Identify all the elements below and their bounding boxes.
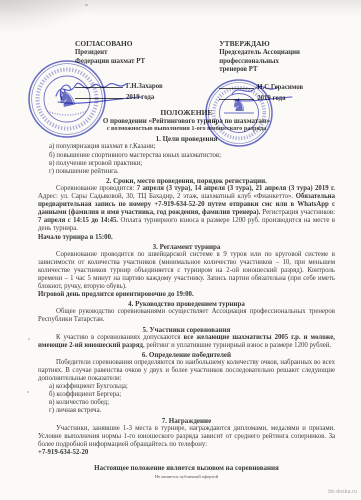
text-run: Соревнование проводится по швейцарской с… — [38, 251, 335, 290]
paragraph: Участники, занявшие 1-3 места в турнире,… — [38, 425, 335, 449]
section-heading: 2. Сроки, место проведения, порядок реги… — [38, 177, 335, 185]
section: 5. Участники соревнованияК участию в сор… — [38, 326, 335, 350]
scanned-document-page: СОГЛАСОВАНО Президент Федерации шахмат Р… — [0, 0, 361, 500]
paragraph: в) получение игровой практики; — [49, 160, 335, 168]
text-run: г) личная встреча. — [49, 407, 101, 414]
text-run: Игровой день продлится ориентировочно до… — [38, 291, 194, 298]
paragraph: б) повышение спортивного мастерства юных… — [49, 152, 335, 160]
paragraph: Начало турнира в 15:00. — [38, 234, 335, 242]
paragraph: Победители соревнования определяются по … — [38, 359, 335, 383]
text-run: Начало турнира в 15:00. — [38, 234, 113, 241]
text-run: Общее руководство соревнованиями осущест… — [38, 308, 335, 323]
section: 7. НаграждениеУчастники, занявшие 1-3 ме… — [38, 417, 335, 457]
watermark-text: bb-doska.ru — [328, 489, 357, 495]
document-footer: Настоящее положение является вызовом на … — [38, 464, 335, 481]
paragraph: г) повышение рейтинга. — [49, 168, 335, 176]
text-run: а) коэффициент Бухгольца; — [49, 383, 128, 390]
paragraph: К участию в соревнованиях допускаются вс… — [38, 334, 335, 350]
text-run: Соревнование проводится: — [56, 185, 137, 192]
signature-left — [48, 74, 148, 108]
text-run: К участию в соревнованиях допускаются — [56, 334, 184, 341]
text-run: г) повышение рейтинга. — [49, 168, 119, 175]
section: 4. Руководство проведением турнираОбщее … — [38, 300, 335, 324]
approved-line: Председатель Ассоциации — [219, 49, 335, 58]
section: 6. Определение победителейПобедители сор… — [38, 351, 335, 416]
text-run: б) повышение спортивного мастерства юных… — [49, 152, 221, 159]
section-heading: 4. Руководство проведением турнира — [38, 300, 335, 308]
section-heading: 5. Участники соревнования — [38, 326, 335, 334]
section: 1. Цели проведенияа) популяризация шахма… — [38, 135, 335, 175]
paragraph: +7-919-634-52-20 — [38, 449, 335, 457]
paragraph: Соревнование проводится: 7 апреля (3 тур… — [38, 185, 335, 234]
text-run: , рейтинг и уплатившие турнирный взнос в… — [143, 342, 331, 349]
signature-right — [228, 80, 300, 106]
text-run: 7 апреля с 14:15 до 14:45. — [38, 217, 118, 224]
text-run: в) получение игровой практики; — [49, 160, 142, 167]
document-sections: 1. Цели проведенияа) популяризация шахма… — [38, 135, 335, 457]
text-run: в) количество побед; — [49, 399, 109, 406]
approved-label: УТВЕРЖДАЮ — [219, 40, 335, 49]
agreed-label: СОГЛАСОВАНО — [75, 40, 219, 49]
footer-disclaimer: Не является публичной офертой — [38, 473, 335, 481]
paragraph: а) коэффициент Бухгольца; — [49, 383, 335, 391]
agreed-line: Президент — [75, 49, 219, 58]
paragraph: а) популяризация шахмат в г.Казани; — [49, 143, 335, 151]
section: 3. Регламент турнираСоревнование проводи… — [38, 243, 335, 300]
text-run: Регистрация участников: — [260, 209, 335, 216]
text-run: а) популяризация шахмат в г.Казани; — [49, 143, 155, 150]
paragraph: б) коэффициент Бергера; — [49, 391, 335, 399]
section-heading: 7. Награждение — [38, 417, 335, 425]
text-run: 7 апреля (3 тура), 14 апреля (3 тура), 2… — [137, 185, 335, 192]
footer-statement: Настоящее положение является вызовом на … — [38, 464, 335, 472]
approved-line: профессиональных — [219, 58, 335, 67]
text-run: б) коэффициент Бергера; — [49, 391, 121, 398]
section: 2. Сроки, место проведения, порядок реги… — [38, 177, 335, 242]
text-run: Адрес: ул. Сары Садыковой, 30, ТЦ Бахади… — [38, 193, 296, 200]
section-heading: 6. Определение победителей — [38, 351, 335, 359]
paragraph: Игровой день продлится ориентировочно до… — [38, 291, 335, 299]
paragraph: в) количество побед; — [49, 399, 335, 407]
paragraph: г) личная встреча. — [49, 407, 335, 415]
text-run: Победители соревнования определяются по … — [38, 359, 335, 382]
text-run: +7-919-634-52-20 — [38, 449, 88, 456]
text-run: Участники, занявшие 1-3 места в турнире,… — [38, 425, 335, 448]
paragraph: Общее руководство соревнованиями осущест… — [38, 308, 335, 324]
section-heading: 3. Регламент турнира — [38, 243, 335, 251]
approved-line: тренеров РТ — [219, 66, 335, 75]
paragraph: Соревнование проводится по швейцарской с… — [38, 251, 335, 291]
